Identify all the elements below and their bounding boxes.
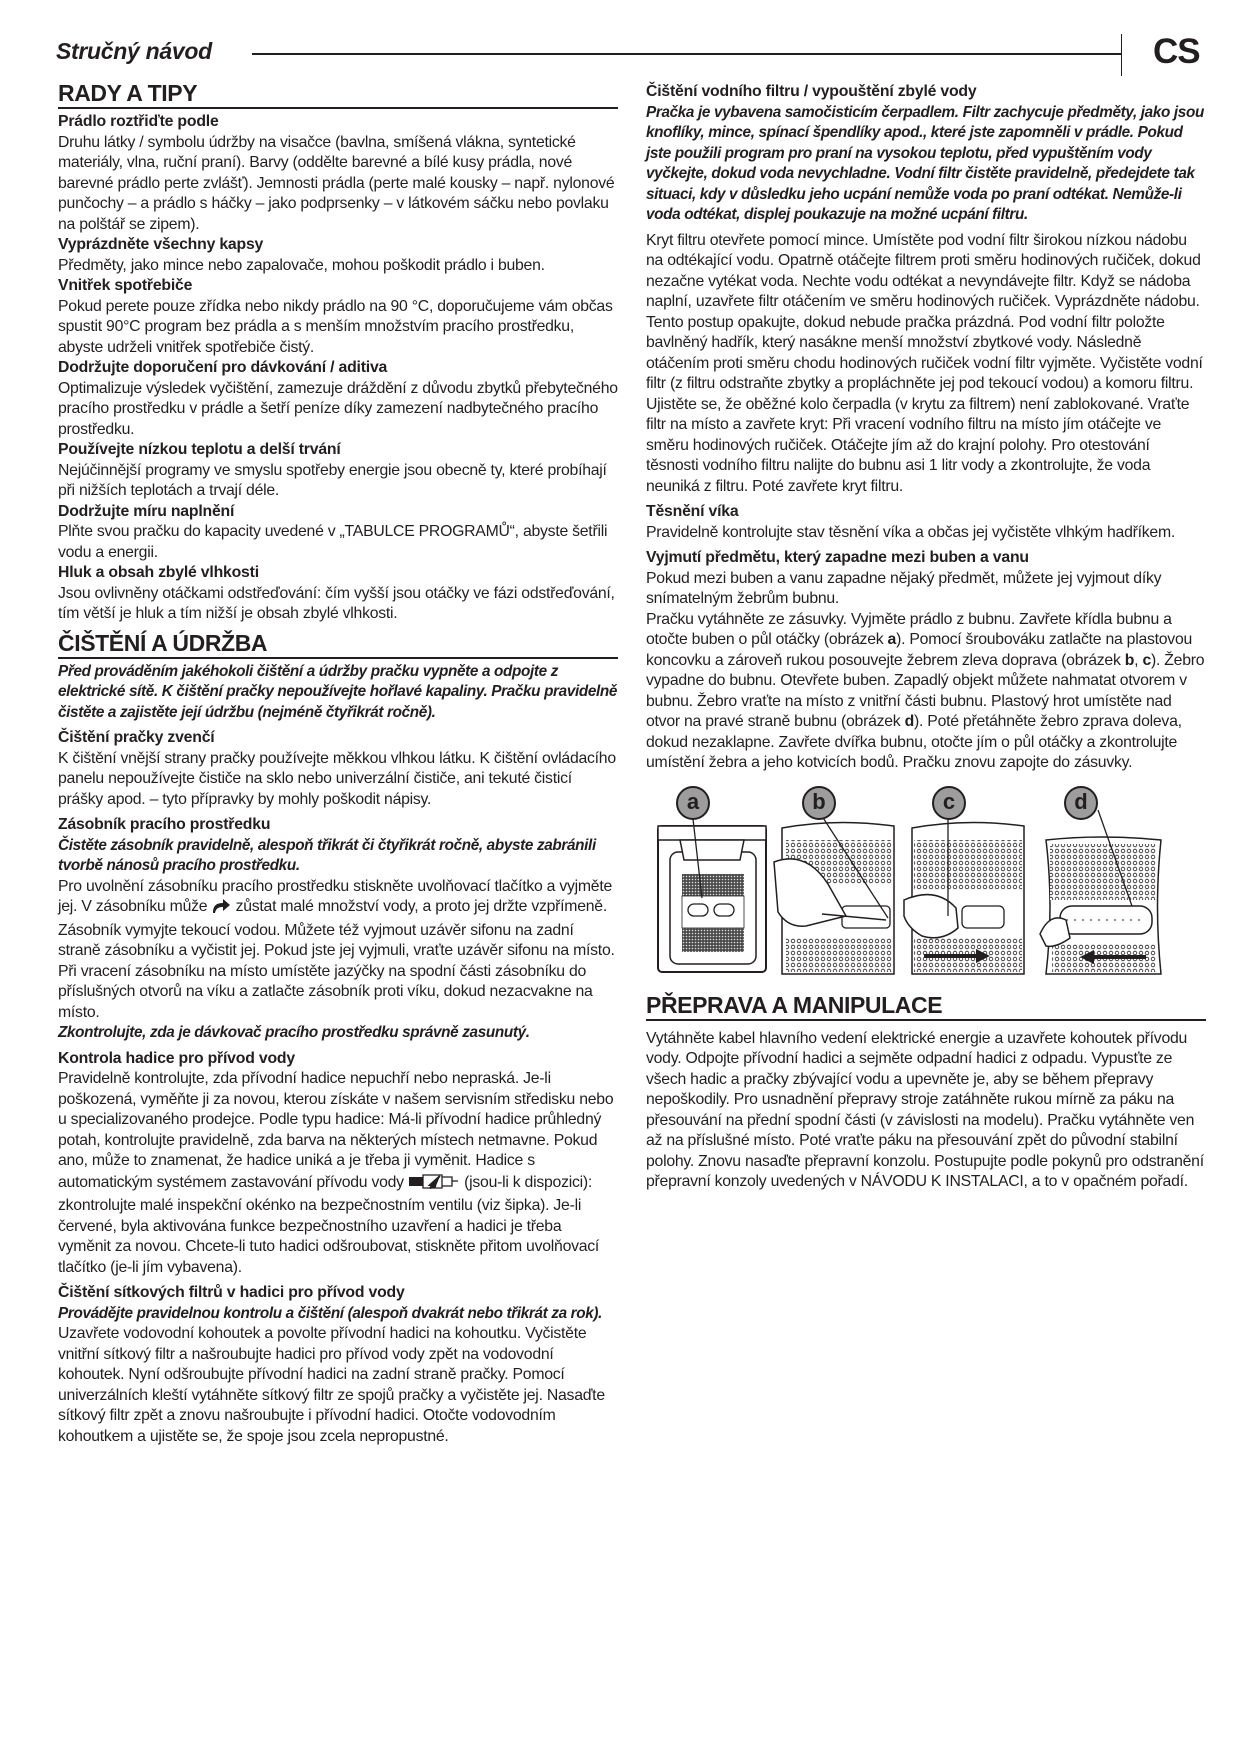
mesh-filters-text: Uzavřete vodovodní kohoutek a povolte př… [58, 1324, 618, 1447]
tip-text: Předměty, jako mince nebo zapalovače, mo… [58, 256, 618, 277]
object-removal-text1: Pokud mezi buben a vanu zapadne nějaký p… [646, 569, 1206, 610]
tip-heading: Prádlo roztřiďte podle [58, 112, 618, 133]
tip-text: Pokud perete pouze zřídka nebo nikdy prá… [58, 297, 618, 359]
rib-removal-illustration: a b c d [646, 788, 1206, 978]
hose-text: Pravidelně kontrolujte, zda přívodní had… [58, 1069, 618, 1278]
tip-item: Hluk a obsah zbylé vlhkosti Jsou ovlivně… [58, 563, 618, 625]
water-filter-note: Pračka je vybavena samočisticím čerpadle… [646, 103, 1206, 226]
transport-text: Vytáhněte kabel hlavního vedení elektric… [646, 1029, 1206, 1193]
figure-ref-c: c [1142, 652, 1151, 669]
hose-heading: Kontrola hadice pro přívod vody [58, 1049, 618, 1070]
cleaning-intro: Před prováděním jakéhokoli čištění a údr… [58, 662, 618, 724]
figure-ref-a: a [888, 631, 897, 648]
lid-seal-heading: Těsnění víka [646, 502, 1206, 523]
figure-label-b: b [802, 786, 836, 820]
header-tick [1121, 34, 1122, 76]
tip-item: Používejte nízkou teplotu a delší trvání… [58, 440, 618, 502]
safety-valve-hose-icon [408, 1172, 460, 1197]
header-rule [252, 53, 1122, 55]
lid-seal-text: Pravidelně kontrolujte stav těsnění víka… [646, 523, 1206, 544]
curved-arrow-icon [211, 898, 231, 921]
mesh-filters-heading: Čištění sítkových filtrů v hadici pro př… [58, 1283, 618, 1304]
figure-label-d: d [1064, 786, 1098, 820]
document-title: Stručný návod [56, 38, 212, 65]
figure-label-a: a [676, 786, 710, 820]
rib-removal-drawing [646, 788, 1206, 978]
mesh-filters-note: Provádějte pravidelnou kontrolu a čištěn… [58, 1304, 618, 1325]
tip-text: Druhu látky / symbolu údržby na visačce … [58, 133, 618, 236]
figure-label-c: c [932, 786, 966, 820]
right-column: Čištění vodního filtru / vypouštění zbyl… [646, 82, 1206, 1193]
figure-ref-d: d [905, 713, 914, 730]
tip-heading: Dodržujte doporučení pro dávkování / adi… [58, 358, 618, 379]
tip-item: Dodržujte míru naplnění Plňte svou pračk… [58, 502, 618, 564]
water-filter-heading: Čištění vodního filtru / vypouštění zbyl… [646, 82, 1206, 103]
hose-text-part1: Pravidelně kontrolujte, zda přívodní had… [58, 1070, 613, 1191]
tip-heading: Dodržujte míru naplnění [58, 502, 618, 523]
tip-heading: Vyprázdněte všechny kapsy [58, 235, 618, 256]
panel-c [904, 810, 1024, 974]
tip-item: Dodržujte doporučení pro dávkování / adi… [58, 358, 618, 440]
tip-text: Jsou ovlivněny otáčkami odstřeďování: čí… [58, 584, 618, 625]
panel-d [1040, 810, 1161, 974]
dispenser-warning: Zkontrolujte, zda je dávkovač pracího pr… [58, 1023, 618, 1044]
panel-b [774, 810, 894, 974]
tip-item: Vnitřek spotřebiče Pokud perete pouze zř… [58, 276, 618, 358]
dispenser-text: Pro uvolnění zásobníku pracího prostředk… [58, 877, 618, 1024]
dispenser-text-part2: zůstat malé množství vody, a proto jej d… [58, 898, 615, 1021]
object-removal-text2: Pračku vytáhněte ze zásuvky. Vyjměte prá… [646, 610, 1206, 774]
tip-heading: Hluk a obsah zbylé vlhkosti [58, 563, 618, 584]
tip-item: Vyprázdněte všechny kapsy Předměty, jako… [58, 235, 618, 276]
left-column: RADY A TIPY Prádlo roztřiďte podle Druhu… [58, 80, 618, 1447]
language-code: CS [1153, 32, 1200, 72]
section-title-tips: RADY A TIPY [58, 80, 618, 109]
exterior-heading: Čištění pračky zvenčí [58, 728, 618, 749]
tip-text: Nejúčinnější programy ve smyslu spotřeby… [58, 461, 618, 502]
tip-heading: Používejte nízkou teplotu a delší trvání [58, 440, 618, 461]
tip-text: Optimalizuje výsledek vyčištění, zamezuj… [58, 379, 618, 441]
object-removal-heading: Vyjmutí předmětu, který zapadne mezi bub… [646, 548, 1206, 569]
figure-ref-b: b [1125, 652, 1134, 669]
section-title-cleaning: ČIŠTĚNÍ A ÚDRŽBA [58, 630, 618, 659]
tip-text: Plňte svou pračku do kapacity uvedené v … [58, 522, 618, 563]
tip-heading: Vnitřek spotřebiče [58, 276, 618, 297]
panel-a [658, 810, 766, 972]
dispenser-heading: Zásobník pracího prostředku [58, 815, 618, 836]
section-title-transport: PŘEPRAVA A MANIPULACE [646, 992, 1206, 1021]
exterior-text: K čištění vnější strany pračky používejt… [58, 749, 618, 811]
tip-item: Prádlo roztřiďte podle Druhu látky / sym… [58, 112, 618, 235]
dispenser-note: Čistěte zásobník pravidelně, alespoň tři… [58, 836, 618, 877]
water-filter-text: Kryt filtru otevřete pomocí mince. Umíst… [646, 231, 1206, 498]
